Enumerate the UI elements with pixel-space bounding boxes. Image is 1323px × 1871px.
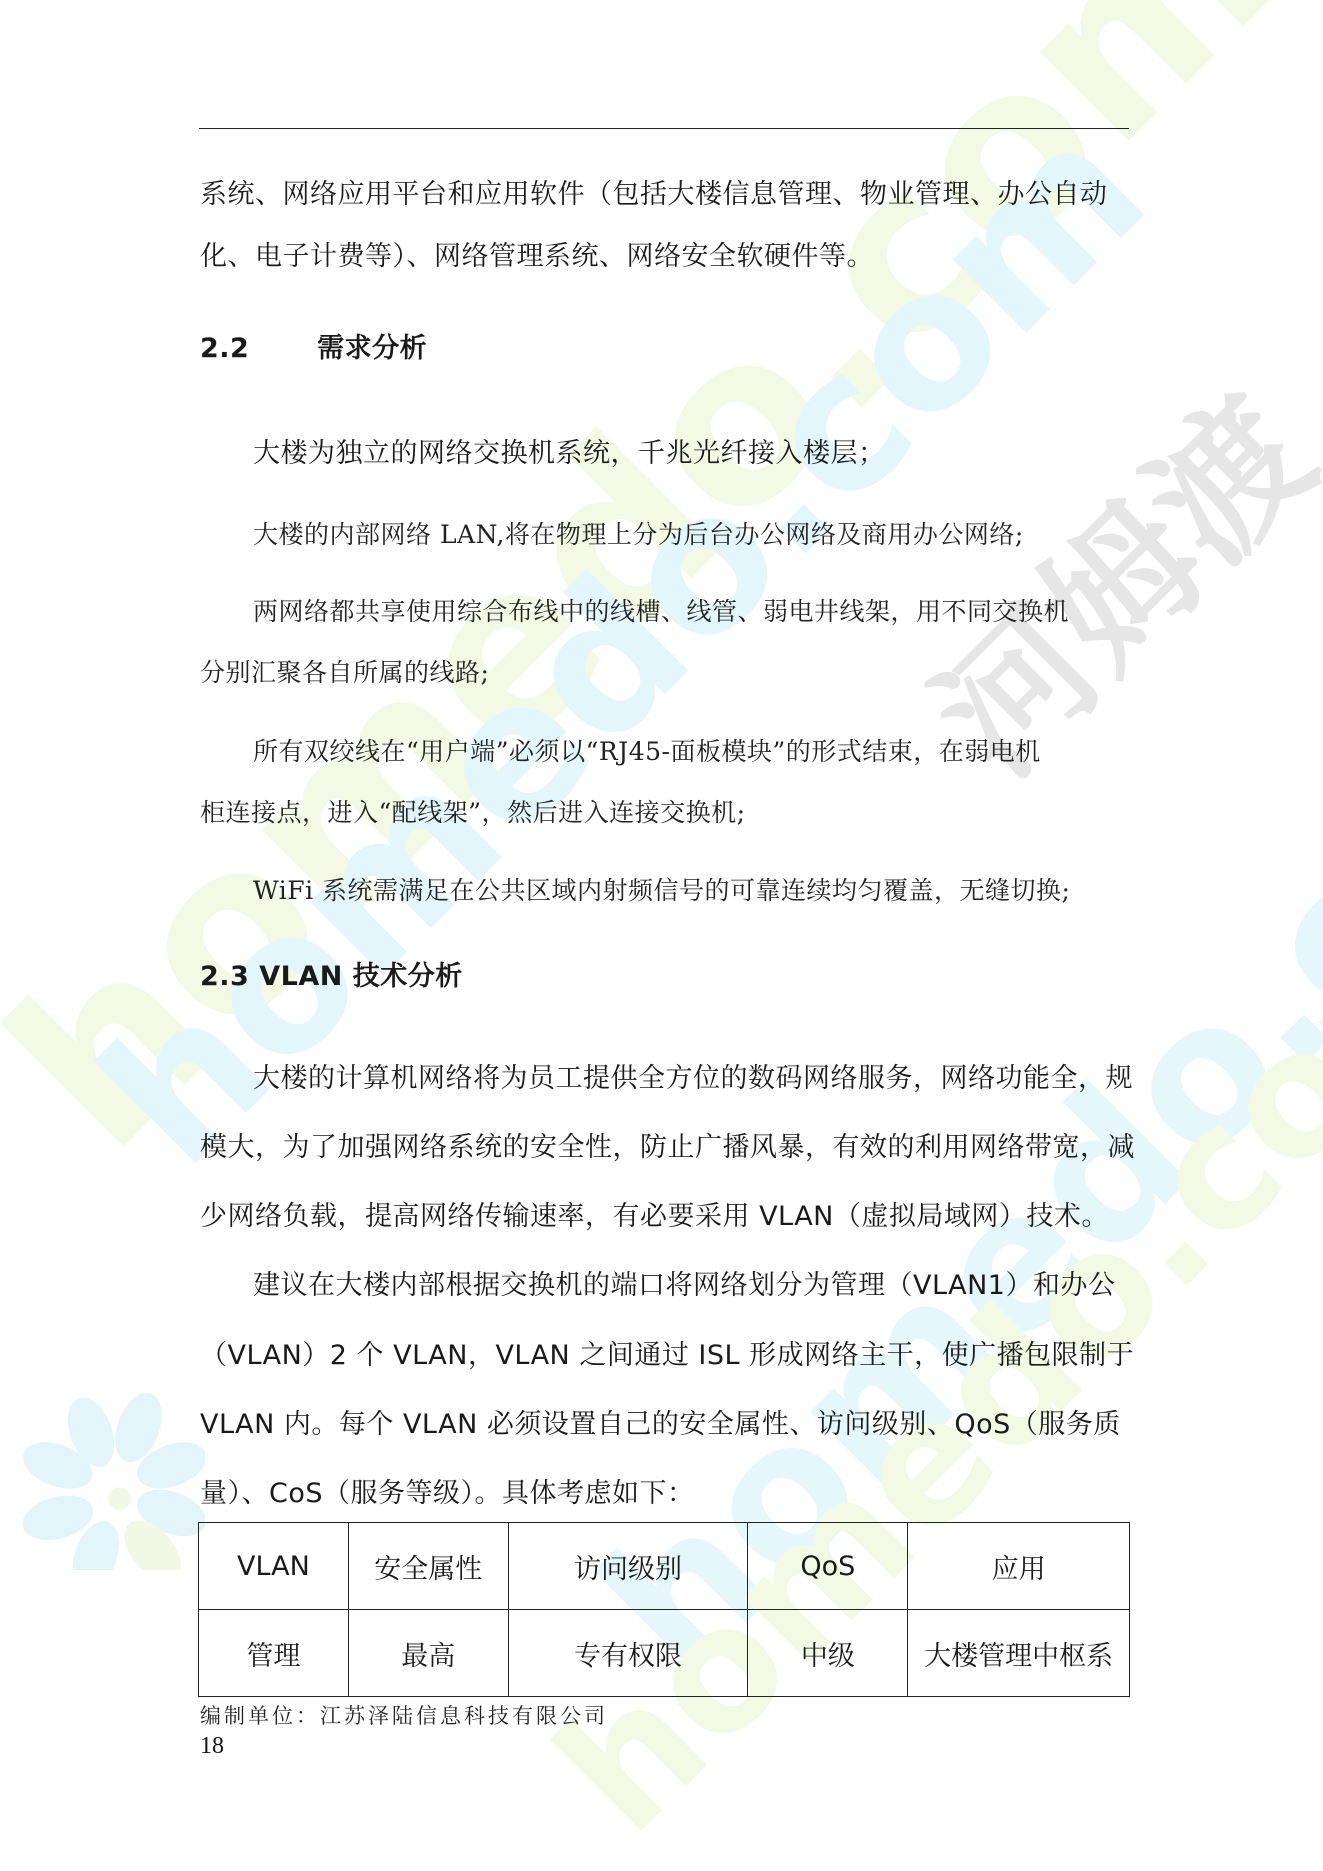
requirement-3-line-1: 两网络都共享使用综合布线中的线槽、线管、弱电井线架，用不同交换机	[253, 595, 1069, 629]
vlan-paragraph-1-line-1: 大楼的计算机网络将为员工提供全方位的数码网络服务，网络功能全，规	[253, 1062, 1133, 1096]
intro-paragraph-line-2: 化、电子计费等）、网络管理系统、网络安全软硬件等。	[200, 240, 874, 274]
table-header-row: VLAN 安全属性 访问级别 QoS 应用	[199, 1523, 1130, 1610]
vlan-paragraph-2-line-1: 建议在大楼内部根据交换机的端口将网络划分为管理（VLAN1）和办公	[253, 1269, 1115, 1303]
vlan-paragraph-2-line-4: 量）、CoS（服务等级）。具体考虑如下：	[200, 1477, 695, 1511]
footer-compiler: 编制单位：江苏泽陆信息科技有限公司	[200, 1700, 608, 1730]
watermark-flower-logo-icon	[15, 1380, 205, 1570]
requirement-3-line-2: 分别汇聚各自所属的线路;	[200, 656, 489, 690]
table-row: 管理 最高 专有权限 中级 大楼管理中枢系	[199, 1610, 1130, 1697]
table-cell: 大楼管理中枢系	[908, 1610, 1130, 1697]
table-header-cell: 访问级别	[508, 1523, 748, 1610]
table-cell: 最高	[348, 1610, 508, 1697]
section-number: 2.2	[200, 333, 249, 364]
vlan-paragraph-1-line-3: 少网络负载，提高网络传输速率，有必要采用 VLAN（虚拟局域网）技术。	[200, 1200, 1109, 1234]
table-header-cell: VLAN	[199, 1523, 349, 1610]
requirement-4-line-1: 所有双绞线在“用户端”必须以“RJ45-面板模块”的形式结束，在弱电机	[253, 735, 1041, 769]
requirement-2: 大楼的内部网络 LAN,将在物理上分为后台办公网络及商用办公网络;	[253, 518, 1024, 552]
requirement-4-line-2: 柜连接点，进入“配线架”，然后进入连接交换机;	[200, 796, 746, 830]
section-2-2-heading: 2.2 需求分析	[200, 332, 427, 366]
table-cell: 专有权限	[508, 1610, 748, 1697]
intro-paragraph-line-1: 系统、网络应用平台和应用软件（包括大楼信息管理、物业管理、办公自动	[200, 178, 1108, 212]
table-cell: 中级	[748, 1610, 908, 1697]
vlan-paragraph-1-line-2: 模大，为了加强网络系统的安全性，防止广播风暴，有效的利用网络带宽，减	[200, 1131, 1135, 1165]
header-rule	[199, 128, 1129, 129]
section-2-3-heading: 2.3 VLAN 技术分析	[200, 960, 463, 994]
vlan-paragraph-2-line-3: VLAN 内。每个 VLAN 必须设置自己的安全属性、访问级别、QoS（服务质	[200, 1408, 1121, 1442]
vlan-attributes-table: VLAN 安全属性 访问级别 QoS 应用 管理 最高 专有权限 中级 大楼管理…	[198, 1522, 1130, 1697]
page-number: 18	[200, 1733, 224, 1760]
requirement-1: 大楼为独立的网络交换机系统，千兆光纤接入楼层；	[253, 437, 886, 471]
table-cell: 管理	[199, 1610, 349, 1697]
vlan-paragraph-2-line-2: （VLAN）2 个 VLAN，VLAN 之间通过 ISL 形成网络主干，使广播包…	[200, 1339, 1134, 1373]
requirement-5: WiFi 系统需满足在公共区域内射频信号的可靠连续均匀覆盖，无缝切换;	[253, 874, 1070, 908]
table-header-cell: 安全属性	[348, 1523, 508, 1610]
section-title: 需求分析	[317, 333, 427, 364]
table-header-cell: 应用	[908, 1523, 1130, 1610]
table-header-cell: QoS	[748, 1523, 908, 1610]
